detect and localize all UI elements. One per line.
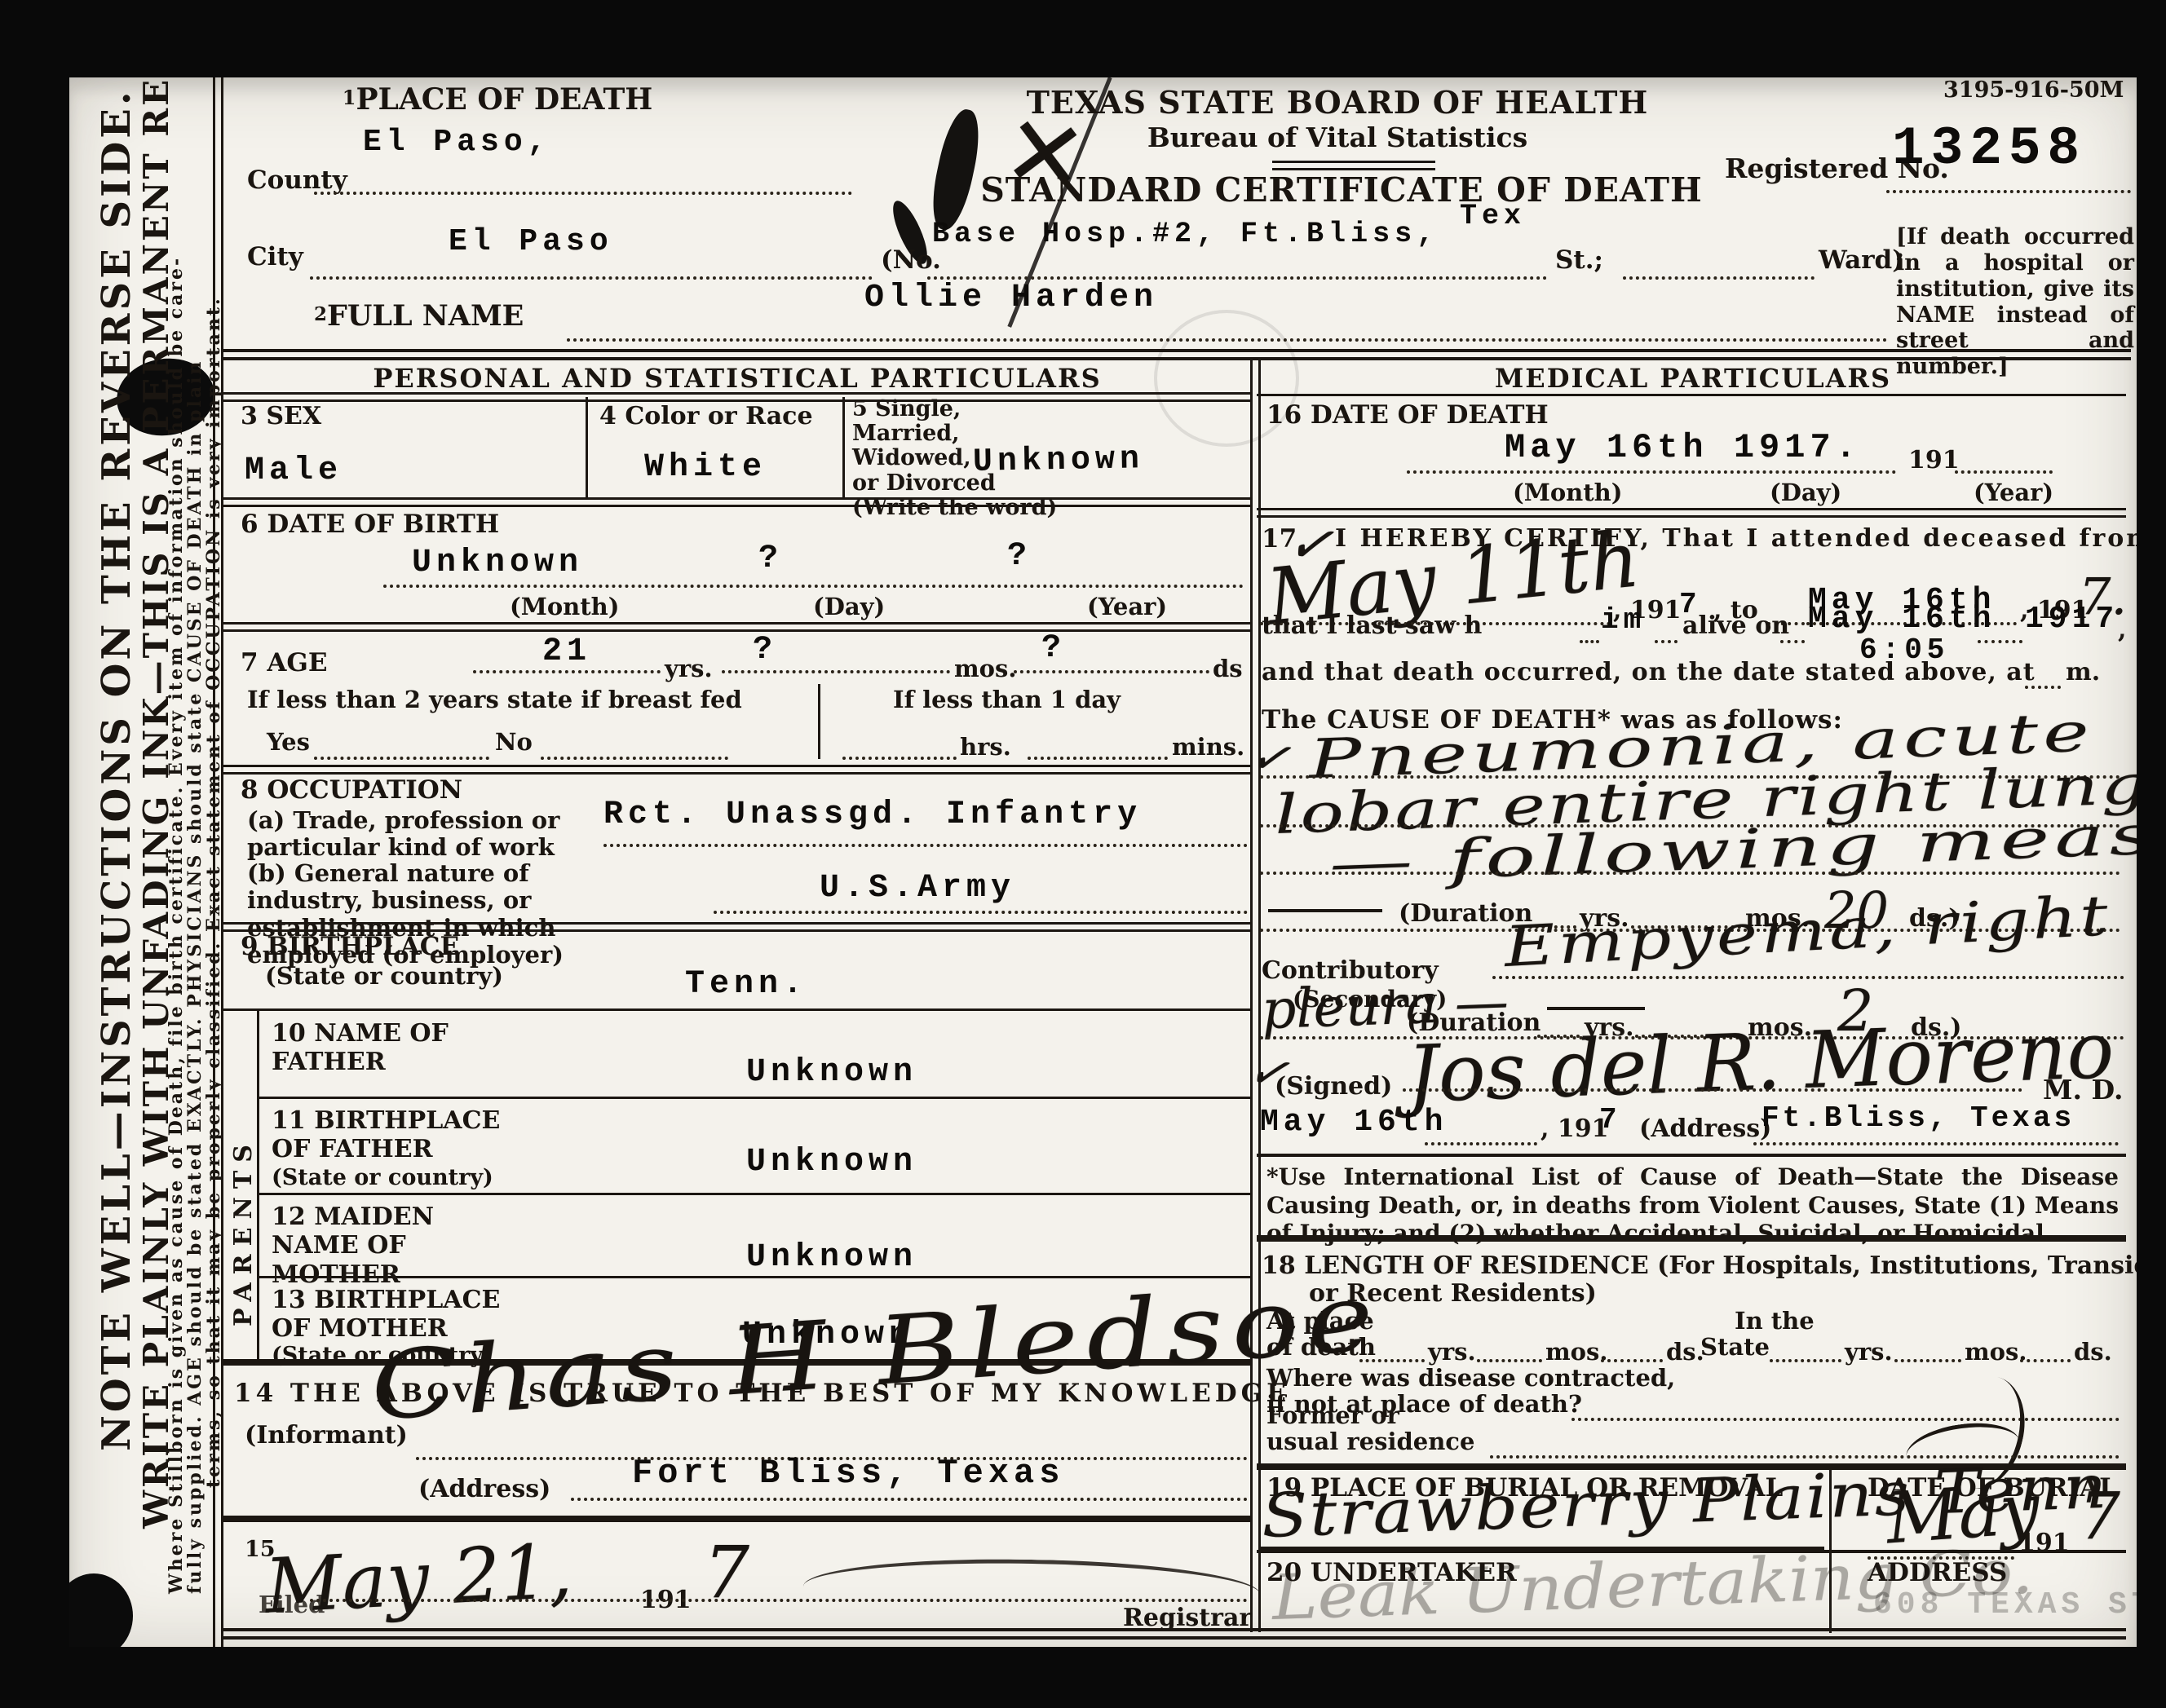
last-saw-date-lead [1780, 640, 1805, 643]
signed-rule [1257, 1154, 2126, 1157]
age-yrs-label: yrs. [665, 655, 713, 682]
age-months-value: ? [753, 632, 777, 669]
dod-rule [1257, 508, 2126, 518]
birthplace-rule [223, 1008, 1250, 1011]
full-name-heading: 2FULL NAME [314, 299, 524, 333]
signed-address-label: (Address) [1639, 1114, 1771, 1143]
signed-year-value: 7 [1599, 1103, 1622, 1136]
registrar-line [310, 1599, 1248, 1602]
dob-month-value: Unknown [412, 545, 583, 581]
in-the-label: In the [1735, 1307, 1815, 1335]
birthplace-state-caption: (State or country) [265, 962, 503, 990]
sidebar-note-well: NOTE WELL—INSTRUCTIONS ON THE REVERSE SI… [94, 88, 139, 1451]
mother-rule [257, 1276, 1250, 1278]
res-state-yrs: yrs. [1845, 1338, 1893, 1366]
death-m-label: m. [2066, 658, 2100, 686]
res-death-yrs: yrs. [1428, 1338, 1476, 1366]
informant-address-label: (Address) [418, 1475, 550, 1503]
age-row-rule [223, 765, 1250, 775]
signed-date-line [1425, 1142, 1537, 1145]
sex-race-divider [586, 397, 588, 497]
residence-label-line2: or Recent Residents) [1309, 1279, 1597, 1308]
undertaker-address-value: 608 TEXAS ST [1873, 1587, 2137, 1622]
race-marital-divider [842, 397, 845, 497]
res-death-mos: mos. [1545, 1338, 1607, 1366]
age-days-value: ? [1041, 630, 1066, 667]
date-of-death-value: May 16th 1917. [1505, 428, 1861, 467]
filed-date-handwriting: May 21, [263, 1527, 574, 1631]
no-line [541, 757, 728, 760]
board-title: TEXAS STATE BOARD OF HEALTH [999, 84, 1676, 121]
contributory-line-1: Empyema, right [1503, 884, 2112, 980]
occupation-a-value: Rct. Unassgd. Infantry [603, 797, 1142, 833]
county-value: El Paso, [363, 125, 550, 160]
last-saw-alive-on: alive on [1682, 611, 1789, 640]
certificate-paper: NOTE WELL—INSTRUCTIONS ON THE REVERSE SI… [69, 77, 2137, 1647]
father-name-value: Unknown [746, 1054, 917, 1091]
residence-label-line1: 18 LENGTH OF RESIDENCE (For Hospitals, I… [1262, 1251, 2137, 1280]
mins-label: mins. [1172, 733, 1244, 761]
burial-year-handwriting: 7 [2079, 1478, 2120, 1554]
res-death-mos-line [1477, 1359, 1542, 1362]
of-death-label: of death [1266, 1333, 1376, 1361]
dob-rule [223, 622, 1250, 632]
last-saw-lead-line [1580, 640, 1599, 643]
no-label: No [495, 728, 533, 756]
dob-year-value: ? [1007, 538, 1032, 575]
birthplace-label: 9 BIRTHPLACE [241, 932, 459, 961]
dob-label: 6 DATE OF BIRTH [241, 510, 499, 539]
signed-address-line [1753, 1142, 2119, 1145]
age-mos-label: mos. [954, 655, 1016, 682]
parents-label: PARENTS [229, 1136, 258, 1326]
dob-day-value: ? [758, 541, 783, 577]
yes-label: Yes [267, 728, 310, 756]
occupation-label: 8 OCCUPATION [241, 775, 462, 805]
father-rule [257, 1097, 1250, 1099]
age-years-value: 21 [542, 633, 591, 670]
mother-name-value: Unknown [746, 1239, 917, 1276]
full-name-num: 2 [314, 303, 327, 325]
hrs-label: hrs. [960, 733, 1011, 761]
cause-line-3-rule [1260, 872, 2120, 875]
age-ds-label: ds [1213, 655, 1243, 682]
res-state-ds-line [2020, 1359, 2071, 1362]
full-name-label: FULL NAME [327, 299, 524, 333]
personal-title-rule [223, 392, 1250, 402]
father-birthplace-label: 11 BIRTHPLACE OF FATHER [272, 1106, 533, 1164]
former-residence-line1: Former or [1266, 1401, 1399, 1429]
dob-month-caption: (Month) [510, 593, 619, 620]
dod-printed-191: 191 [1908, 446, 1960, 474]
father-birthplace-value: Unknown [746, 1144, 917, 1181]
duration1-dash-stroke [1268, 909, 1382, 912]
res-death-ds-line [1601, 1359, 1663, 1362]
date-of-death-line [1407, 470, 1896, 474]
res-state-mos: mos. [1965, 1338, 2027, 1366]
duration2-dash-stroke [1547, 1007, 1645, 1010]
dod-year-line [1955, 470, 2053, 474]
last-saw-date-line [1978, 640, 2022, 643]
race-value: White [644, 449, 767, 486]
birthplace-value: Tenn. [685, 966, 807, 1003]
ward-line [1623, 276, 1815, 280]
street-label: St.; [1555, 245, 1603, 275]
breastfed-divider [818, 684, 820, 759]
last-saw-year: 1917 [2025, 602, 2119, 637]
death-time-line [2025, 686, 2061, 689]
age-months-line [722, 670, 950, 673]
certificate-left-border [213, 77, 223, 1647]
street-no-value: Base Hosp.#2, Ft.Bliss, [932, 218, 1439, 250]
father-birthplace-rule [257, 1193, 1250, 1195]
header-bottom-rule [223, 349, 2131, 360]
ink-blob [926, 106, 986, 233]
father-birthplace-caption: (State or country) [272, 1165, 493, 1190]
death-occurred-text: and that death occurred, on the date sta… [1262, 658, 2036, 686]
county-label: County [247, 166, 347, 195]
registered-value: 13258 [1892, 118, 2086, 179]
sex-label: 3 SEX [241, 402, 321, 430]
signed-label: (Signed) [1275, 1072, 1392, 1101]
full-name-line [567, 338, 1888, 342]
former-residence-line2: usual residence [1266, 1428, 1474, 1455]
signed-printed-191: , 191 [1541, 1114, 1609, 1143]
at-place-label: At place [1266, 1307, 1374, 1335]
race-label: 4 Color or Race [599, 402, 813, 430]
punch-hole-bottom [69, 1573, 133, 1647]
street-no-state: Tex [1460, 200, 1526, 232]
medical-section-title: MEDICAL PARTICULARS [1260, 363, 2126, 394]
last-saw-mid-line [1655, 640, 1678, 643]
scanned-death-certificate: { "marks": { "check": "✓", "cross": "✕" … [0, 0, 2166, 1708]
res-state-yrs-line [1770, 1359, 1841, 1362]
cause-check-mark: ✓ [1245, 726, 1294, 788]
informant-bottom-rule [223, 1516, 1250, 1522]
dob-day-caption: (Day) [813, 593, 885, 620]
father-name-label: 10 NAME OF FATHER [272, 1019, 500, 1077]
signed-address-value: Ft.Bliss, Texas [1762, 1101, 2075, 1135]
hrs-line [842, 757, 957, 760]
age-years-line [473, 670, 661, 673]
date-of-death-label: 16 DATE OF DEATH [1266, 400, 1549, 430]
informant-address-line [571, 1498, 1248, 1501]
dob-line [383, 585, 1244, 588]
occupation-rule [223, 922, 1250, 932]
state-label: State [1700, 1333, 1770, 1361]
occupation-a-line [603, 844, 1248, 847]
bureau-divider [1272, 161, 1435, 170]
occupation-a-label: (a) Trade, profession or particular kind… [247, 807, 610, 862]
city-value: El Paso [449, 224, 613, 259]
column-divider [1250, 360, 1261, 1632]
contributory-line [1492, 976, 2124, 979]
place-of-death-num: 1 [343, 86, 356, 109]
full-name-value: Ollie Harden [864, 280, 1158, 316]
dod-year-caption: (Year) [1974, 479, 2053, 506]
bureau-subtitle: Bureau of Vital Statistics [999, 121, 1676, 153]
footnote-rule [1257, 1235, 2126, 1242]
last-saw-date: May 16th [1808, 602, 1996, 637]
personal-section-title: PERSONAL AND STATISTICAL PARTICULARS [224, 363, 1250, 394]
res-state-ds: ds. [2074, 1338, 2112, 1366]
mins-line [1028, 757, 1168, 760]
county-line [314, 192, 852, 195]
occupation-b-value: U.S.Army [820, 870, 1015, 907]
ward-label: Ward) [1819, 245, 1904, 275]
last-saw-pre: that I last saw h [1262, 611, 1482, 640]
city-label: City [247, 242, 303, 271]
last-saw-im: im [1601, 603, 1646, 637]
signed-line [1403, 1088, 2022, 1092]
certificate-bottom-rule [223, 1628, 2126, 1640]
dob-year-caption: (Year) [1087, 593, 1167, 620]
yes-line [314, 757, 489, 760]
marital-value: Unknown [973, 441, 1145, 481]
dod-day-caption: (Day) [1770, 479, 1841, 506]
sex-row-rule [223, 497, 1250, 507]
city-line [310, 276, 873, 280]
occupation-b-line [714, 911, 1248, 914]
disease-contracted-line [1571, 1418, 2120, 1421]
res-death-yrs-line [1359, 1359, 1425, 1362]
disease-contracted-line1: Where was disease contracted, [1266, 1364, 1675, 1392]
age-days-line [1014, 670, 1209, 673]
place-of-death-heading: 1PLACE OF DEATH [306, 82, 689, 117]
registered-line [1886, 190, 2131, 193]
sex-value: Male [245, 452, 343, 489]
certificate-title: STANDARD CERTIFICATE OF DEATH [966, 170, 1717, 210]
breastfed-label: If less than 2 years state if breast fed [247, 686, 742, 713]
signed-date-value: May 16th [1260, 1105, 1448, 1140]
form-number: 3195-916-50M [1943, 77, 2124, 103]
age-label: 7 AGE [241, 648, 328, 677]
informant-label: (Informant) [245, 1421, 408, 1450]
last-saw-comma: , [2118, 616, 2126, 644]
lessday-label: If less than 1 day [893, 686, 1121, 713]
res-death-ds: ds. [1666, 1338, 1704, 1366]
medical-title-rule [1257, 394, 2126, 396]
place-of-death-label: PLACE OF DEATH [356, 82, 652, 117]
dod-month-caption: (Month) [1513, 479, 1622, 506]
res-state-mos-line [1894, 1359, 1961, 1362]
informant-address-value: Fort Bliss, Texas [632, 1454, 1064, 1493]
